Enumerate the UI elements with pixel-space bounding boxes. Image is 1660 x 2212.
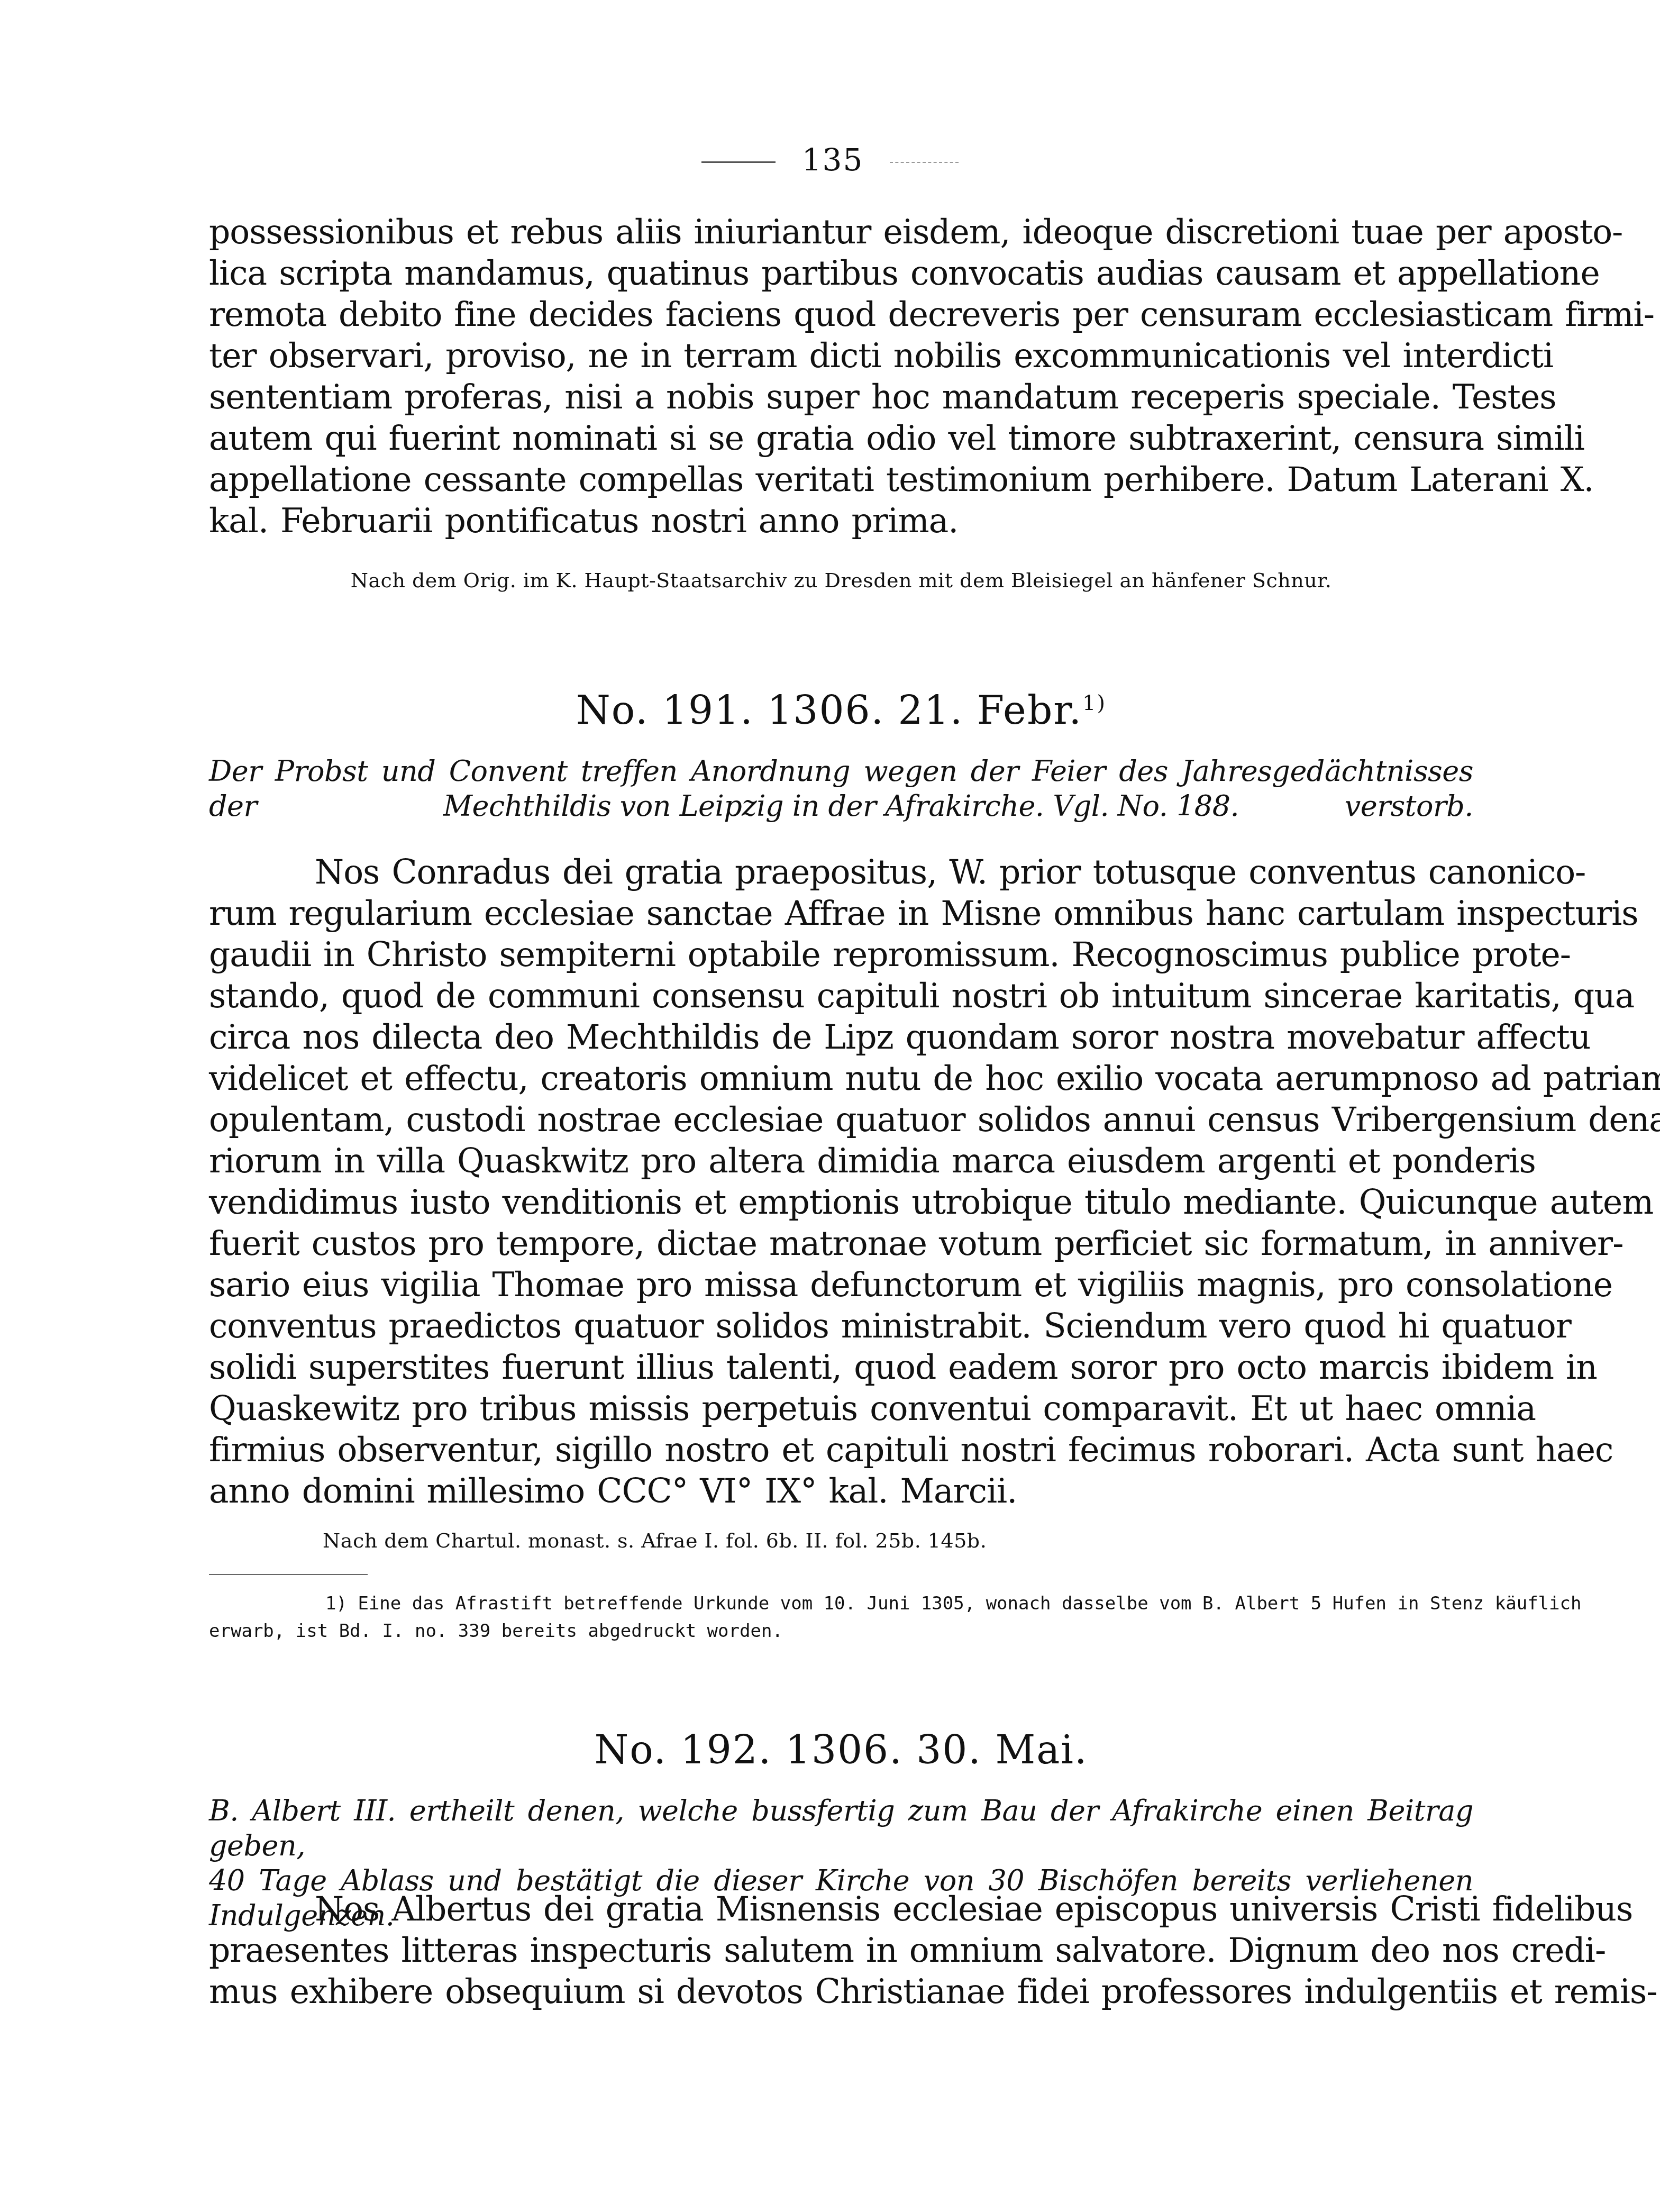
text-line: lica scripta mandamus, quatinus partibus… [209,253,1473,294]
footnote-line: 1) Eine das Afrastift betreffende Urkund… [209,1590,1473,1617]
text-line: praesentes litteras inspecturis salutem … [209,1930,1473,1971]
text-line: conventus praedictos quatuor solidos min… [209,1306,1473,1347]
text-line: autem qui fuerint nominati si se gratia … [209,418,1473,459]
text-line: Quaskewitz pro tribus missis perpetuis c… [209,1388,1473,1430]
footnote-separator [209,1574,368,1575]
text-line: Nos Albertus dei gratia Misnensis eccles… [209,1889,1473,1930]
doc-191-text: Nos Conradus dei gratia praepositus, W. … [209,852,1473,1512]
text-line: kal. Februarii pontificatus nostri anno … [209,500,1473,542]
text-line: stando, quod de communi consensu capitul… [209,976,1473,1017]
text-line: remota debito fine decides faciens quod … [209,294,1473,335]
doc-191-summary-cont: Mechthildis von Leipzig in der Afrakirch… [209,789,1473,824]
footnote-reference[interactable]: 1) [1082,691,1106,715]
header-rule-left [701,161,776,163]
doc-191-source-note: Nach dem Chartul. monast. s. Afrae I. fo… [209,1529,1473,1552]
text-line: sario eius vigilia Thomae pro missa defu… [209,1264,1473,1306]
doc-191-heading-text: No. 191. 1306. 21. Febr. [576,688,1082,733]
footnote-line: erwarb, ist Bd. I. no. 339 bereits abged… [209,1617,1473,1645]
text-line: sententiam proferas, nisi a nobis super … [209,377,1473,418]
text-line: mus exhibere obsequium si devotos Christ… [209,1971,1473,2013]
text-line: circa nos dilecta deo Mechthildis de Lip… [209,1017,1473,1058]
text-line: rum regularium ecclesiae sanctae Affrae … [209,893,1473,934]
text-line: possessionibus et rebus aliis iniuriantu… [209,212,1473,253]
doc-192-heading: No. 192. 1306. 30. Mai. [209,1727,1473,1773]
continuation-text: possessionibus et rebus aliis iniuriantu… [209,212,1473,542]
text-line: anno domini millesimo CCC° VI° IX° kal. … [209,1471,1473,1512]
text-line: ter observari, proviso, ne in terram dic… [209,335,1473,377]
text-line: fuerit custos pro tempore, dictae matron… [209,1223,1473,1264]
summary-line: B. Albert III. ertheilt denen, welche bu… [209,1794,1473,1863]
text-line: firmius observentur, sigillo nostro et c… [209,1430,1473,1471]
page-number: 135 [802,142,864,178]
text-line: Nos Conradus dei gratia praepositus, W. … [209,852,1473,893]
page-header: 135 [0,142,1660,178]
text-line: solidi superstites fuerunt illius talent… [209,1347,1473,1388]
doc-191-heading: No. 191. 1306. 21. Febr.1) [209,688,1473,733]
text-line: videlicet et effectu, creatoris omnium n… [209,1058,1473,1099]
text-line: vendidimus iusto venditionis et emptioni… [209,1182,1473,1223]
text-line: gaudii in Christo sempiterni optabile re… [209,934,1473,976]
footnote: 1) Eine das Afrastift betreffende Urkund… [209,1590,1473,1645]
text-line: appellatione cessante compellas veritati… [209,459,1473,500]
continuation-source-note: Nach dem Orig. im K. Haupt-Staatsarchiv … [209,569,1473,592]
doc-192-text: Nos Albertus dei gratia Misnensis eccles… [209,1889,1473,2013]
summary-line: Mechthildis von Leipzig in der Afrakirch… [209,789,1473,824]
text-line: opulentam, custodi nostrae ecclesiae qua… [209,1099,1473,1141]
header-rule-right [890,162,959,163]
text-line: riorum in villa Quaskwitz pro altera dim… [209,1141,1473,1182]
